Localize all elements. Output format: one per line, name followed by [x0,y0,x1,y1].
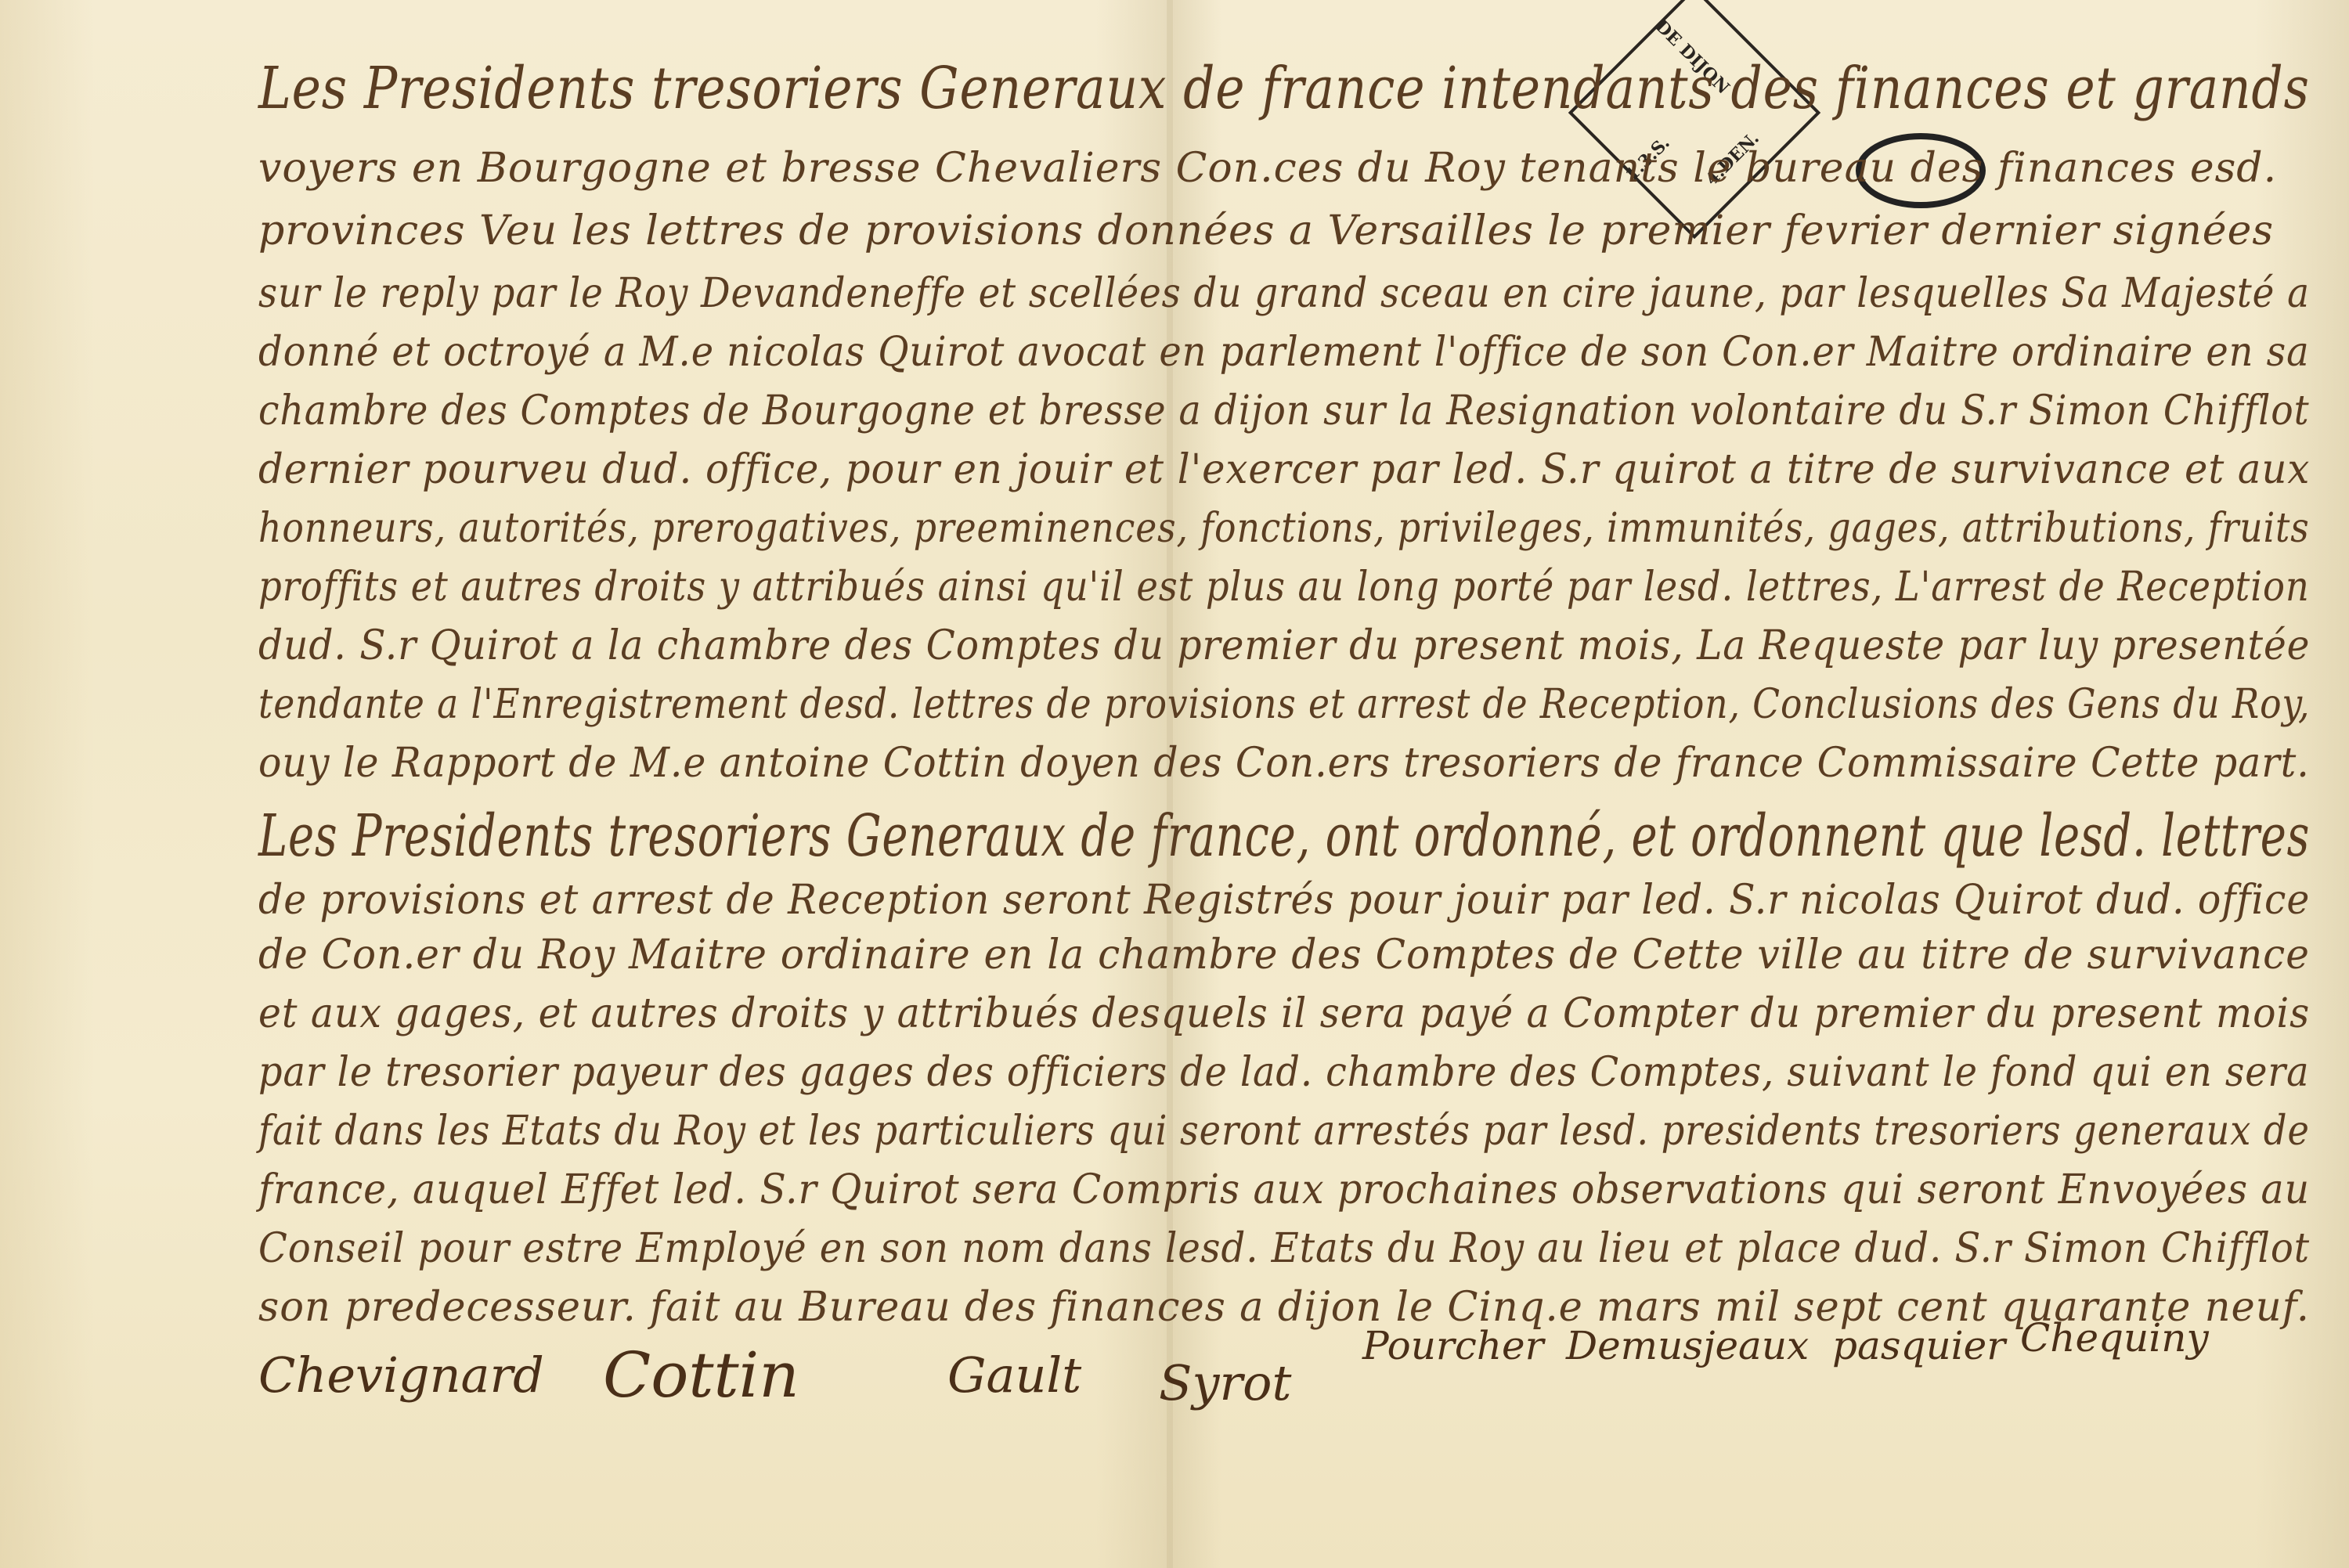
signature: Chequiny [2020,1315,2209,1361]
text-line: honneurs, autorités, prerogatives, preem… [258,505,2310,552]
text-line: fait dans les Etats du Roy et les partic… [258,1108,2310,1155]
text-line: Les Presidents tresoriers Generaux de fr… [258,802,2310,870]
text-line: chambre des Comptes de Bourgogne et bres… [258,387,2310,434]
text-line: provinces Veu les lettres de provisions … [258,207,2274,254]
text-line: france, auquel Effet led. S.r Quirot ser… [258,1166,2310,1213]
text-line: sur le reply par le Roy Devandeneffe et … [258,270,2310,317]
text-line: Conseil pour estre Employé en son nom da… [258,1225,2310,1272]
text-line: de provisions et arrest de Reception ser… [258,877,2310,924]
manuscript-page: DE DIJON 1.3.S. 4.DEN. Les Presidents tr… [0,0,2349,1568]
text-line: Les Presidents tresoriers Generaux de fr… [258,55,2310,122]
text-line: ouy le Rapport de M.e antoine Cottin doy… [258,740,2310,787]
text-line: proffits et autres droits y attribués ai… [258,564,2310,611]
text-line: tendante a l'Enregistrement desd. lettre… [258,681,2310,728]
text-line: par le tresorier payeur des gages des of… [258,1049,2310,1096]
signature: Pourcher [1362,1323,1544,1368]
signature: Demusjeaux [1566,1323,1809,1368]
text-line: donné et octroyé a M.e nicolas Quirot av… [258,329,2310,376]
signature: Gault [947,1346,1081,1404]
text-line: dud. S.r Quirot a la chambre des Comptes… [258,622,2310,669]
signature: Cottin [603,1339,799,1411]
signature: Syrot [1159,1354,1291,1411]
text-line: dernier pourveu dud. office, pour en jou… [258,446,2310,493]
signature: Chevignard [258,1346,544,1404]
text-line: de Con.er du Roy Maitre ordinaire en la … [258,932,2310,979]
signature: pasquier [1832,1323,2005,1368]
text-line: voyers en Bourgogne et bresse Chevaliers… [258,145,2277,192]
text-line: et aux gages, et autres droits y attribu… [258,990,2310,1037]
